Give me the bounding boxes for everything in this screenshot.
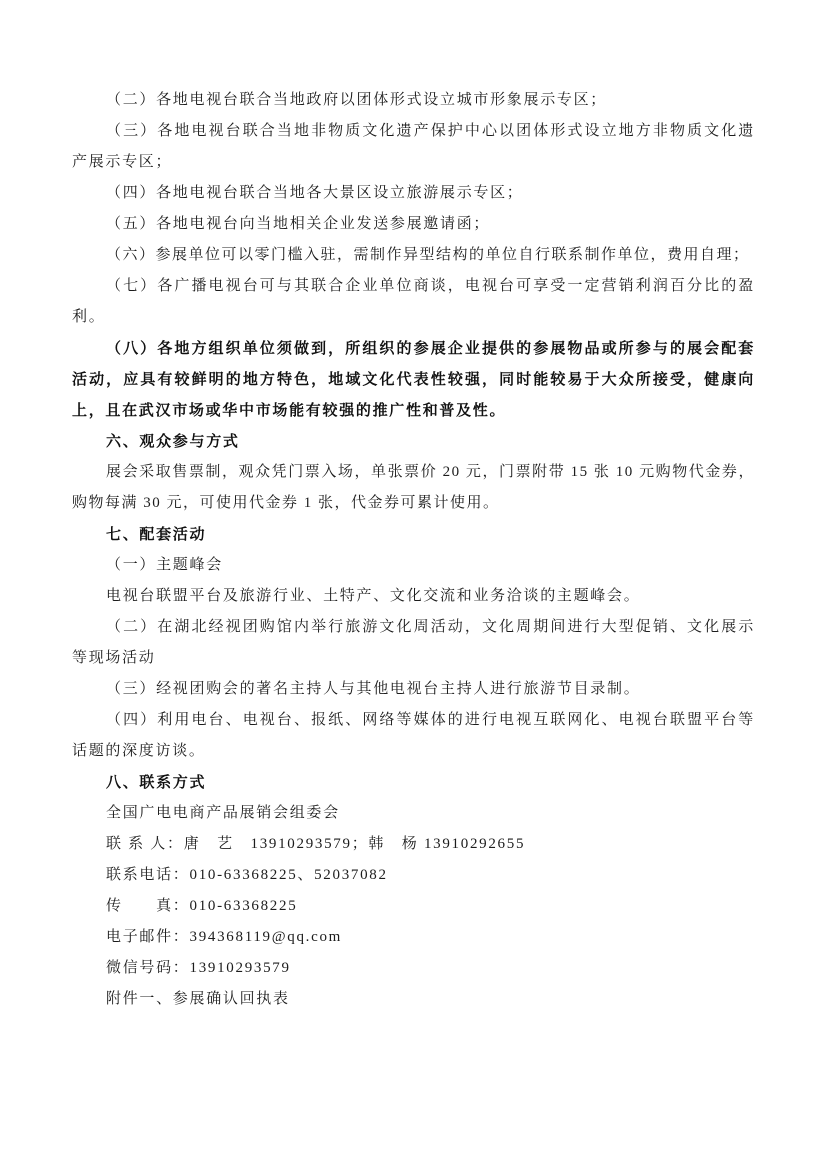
clause-3-heritage-zone: （三）各地电视台联合当地非物质文化遗产保护中心以团体形式设立地方非物质文化遗产展… xyxy=(72,116,755,178)
document-content: （二）各地电视台联合当地政府以团体形式设立城市形象展示专区； （三）各地电视台联… xyxy=(72,85,755,1015)
section-8-contact-heading: 八、联系方式 xyxy=(72,767,755,798)
clause-2-city-image-zone: （二）各地电视台联合当地政府以团体形式设立城市形象展示专区； xyxy=(72,85,755,116)
clause-5-invitation-letters: （五）各地电视台向当地相关企业发送参展邀请函； xyxy=(72,209,755,240)
contact-phone-line: 联系电话：010-63368225、52037082 xyxy=(72,860,755,891)
document-page: （二）各地电视台联合当地政府以团体形式设立城市形象展示专区； （三）各地电视台联… xyxy=(0,0,827,1169)
contact-wechat-line: 微信号码：13910293579 xyxy=(72,953,755,984)
contact-organizing-committee: 全国广电电商产品展销会组委会 xyxy=(72,798,755,829)
contact-email-line: 电子邮件：394368119@qq.com xyxy=(72,922,755,953)
activity-4-media-interviews: （四）利用电台、电视台、报纸、网络等媒体的进行电视互联网化、电视台联盟平台等话题… xyxy=(72,705,755,767)
activity-2-culture-week: （二）在湖北经视团购馆内举行旅游文化周活动，文化周期间进行大型促销、文化展示等现… xyxy=(72,612,755,674)
para-ticketing-policy: 展会采取售票制，观众凭门票入场，单张票价 20 元，门票附带 15 张 10 元… xyxy=(72,457,755,519)
section-6-audience-participation-heading: 六、观众参与方式 xyxy=(72,426,755,457)
section-7-supporting-activities-heading: 七、配套活动 xyxy=(72,519,755,550)
clause-6-zero-threshold-entry: （六）参展单位可以零门槛入驻，需制作异型结构的单位自行联系制作单位，费用自理； xyxy=(72,240,755,271)
clause-7-profit-sharing: （七）各广播电视台可与其联合企业单位商谈，电视台可享受一定营销利润百分比的盈利。 xyxy=(72,271,755,333)
clause-8-local-requirements: （八）各地方组织单位须做到，所组织的参展企业提供的参展物品或所参与的展会配套活动… xyxy=(72,333,755,426)
contact-person-line: 联 系 人：唐 艺 13910293579；韩 杨 13910292655 xyxy=(72,829,755,860)
contact-fax-line: 传 真：010-63368225 xyxy=(72,891,755,922)
activity-1-theme-summit-title: （一）主题峰会 xyxy=(72,550,755,581)
attachment-1-reply-form: 附件一、参展确认回执表 xyxy=(72,984,755,1015)
activity-3-program-recording: （三）经视团购会的著名主持人与其他电视台主持人进行旅游节目录制。 xyxy=(72,674,755,705)
activity-1-theme-summit-desc: 电视台联盟平台及旅游行业、土特产、文化交流和业务洽谈的主题峰会。 xyxy=(72,581,755,612)
clause-4-scenic-area-zone: （四）各地电视台联合当地各大景区设立旅游展示专区； xyxy=(72,178,755,209)
